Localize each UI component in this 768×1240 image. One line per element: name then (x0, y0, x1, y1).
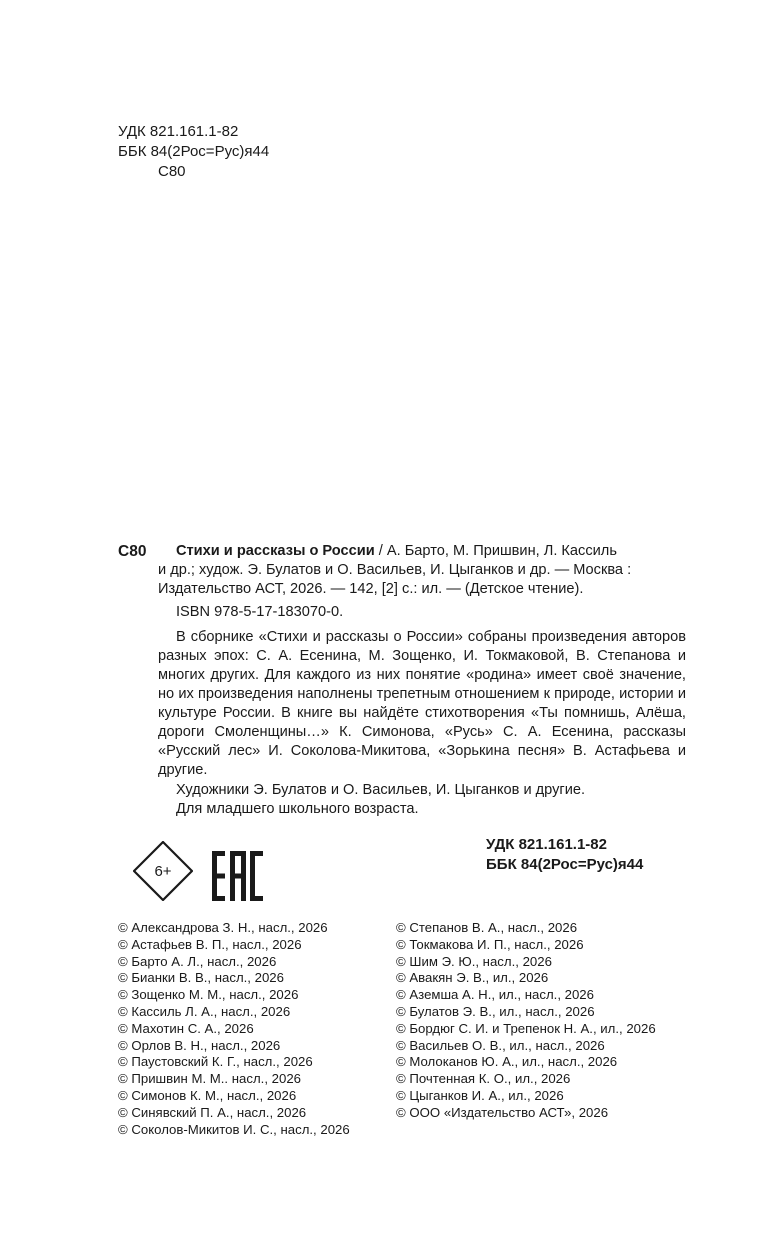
copyright-line: © Шим Э. Ю., насл., 2026 (396, 954, 656, 971)
copyright-line: © Паустовский К. Г., насл., 2026 (118, 1054, 350, 1071)
copyright-line: © Степанов В. А., насл., 2026 (396, 920, 656, 937)
age-rating-icon: 6+ (133, 841, 193, 901)
audience: Для младшего школьного возраста. (118, 800, 686, 819)
copyright-line: © Аземша А. Н., ил., насл., 2026 (396, 987, 656, 1004)
bbk-code-bold: ББК 84(2Рос=Рус)я44 (486, 855, 643, 875)
copyright-line: © Васильев О. В., ил., насл., 2026 (396, 1038, 656, 1055)
author-sign: С80 (118, 162, 269, 182)
catalog-entry: С80 Стихи и рассказы о России / А. Барто… (118, 542, 686, 819)
copyright-line: © Почтенная К. О., ил., 2026 (396, 1071, 656, 1088)
copyright-line: © Бордюг С. И. и Трепенок Н. А., ил., 20… (396, 1021, 656, 1038)
copyright-line: © Симонов К. М., насл., 2026 (118, 1088, 350, 1105)
copyrights-left: © Александрова З. Н., насл., 2026© Астаф… (118, 920, 350, 1138)
entry-heading: Стихи и рассказы о России / А. Барто, М.… (118, 542, 686, 561)
bbk-code: ББК 84(2Рос=Рус)я44 (118, 142, 269, 162)
copyright-line: © Молоканов Ю. А., ил., насл., 2026 (396, 1054, 656, 1071)
isbn: ISBN 978-5-17-183070-0. (118, 603, 686, 622)
entry-code: С80 (118, 542, 146, 561)
artists: Художники Э. Булатов и О. Васильев, И. Ц… (118, 781, 686, 800)
copyright-line: © Зощенко М. М., насл., 2026 (118, 987, 350, 1004)
copyright-line: © Бианки В. В., насл., 2026 (118, 970, 350, 987)
classification-codes: УДК 821.161.1-82 ББК 84(2Рос=Рус)я44 С80 (118, 122, 269, 182)
copyright-line: © Токмакова И. П., насл., 2026 (396, 937, 656, 954)
copyright-line: © Соколов-Микитов И. С., насл., 2026 (118, 1122, 350, 1139)
copyright-line: © Александрова З. Н., насл., 2026 (118, 920, 350, 937)
copyright-line: © Цыганков И. А., ил., 2026 (396, 1088, 656, 1105)
copyright-line: © Пришвин М. М.. насл., 2026 (118, 1071, 350, 1088)
copyright-line: © Булатов Э. В., ил., насл., 2026 (396, 1004, 656, 1021)
eac-icon (211, 851, 263, 901)
udk-code-bold: УДК 821.161.1-82 (486, 835, 643, 855)
copyright-line: © ООО «Издательство АСТ», 2026 (396, 1105, 656, 1122)
copyright-line: © Махотин С. А., 2026 (118, 1021, 350, 1038)
bold-classification-codes: УДК 821.161.1-82 ББК 84(2Рос=Рус)я44 (486, 835, 643, 875)
responsibility: / А. Барто, М. Пришвин, Л. Кассиль (375, 543, 617, 559)
copyright-line: © Орлов В. Н., насл., 2026 (118, 1038, 350, 1055)
udk-code: УДК 821.161.1-82 (118, 122, 269, 142)
annotation: В сборнике «Стихи и рассказы о России» с… (118, 628, 686, 780)
age-rating-text: 6+ (154, 863, 171, 880)
entry-line-2: и др.; худож. Э. Булатов и О. Васильев, … (118, 561, 686, 580)
copyright-line: © Кассиль Л. А., насл., 2026 (118, 1004, 350, 1021)
copyright-line: © Астафьев В. П., насл., 2026 (118, 937, 350, 954)
copyright-line: © Барто А. Л., насл., 2026 (118, 954, 350, 971)
entry-line-3: Издательство АСТ, 2026. — 142, [2] с.: и… (118, 580, 686, 599)
book-title: Стихи и рассказы о России (176, 543, 375, 559)
copyright-line: © Синявский П. А., насл., 2026 (118, 1105, 350, 1122)
copyright-line: © Авакян Э. В., ил., 2026 (396, 970, 656, 987)
copyrights-right: © Степанов В. А., насл., 2026© Токмакова… (396, 920, 656, 1122)
